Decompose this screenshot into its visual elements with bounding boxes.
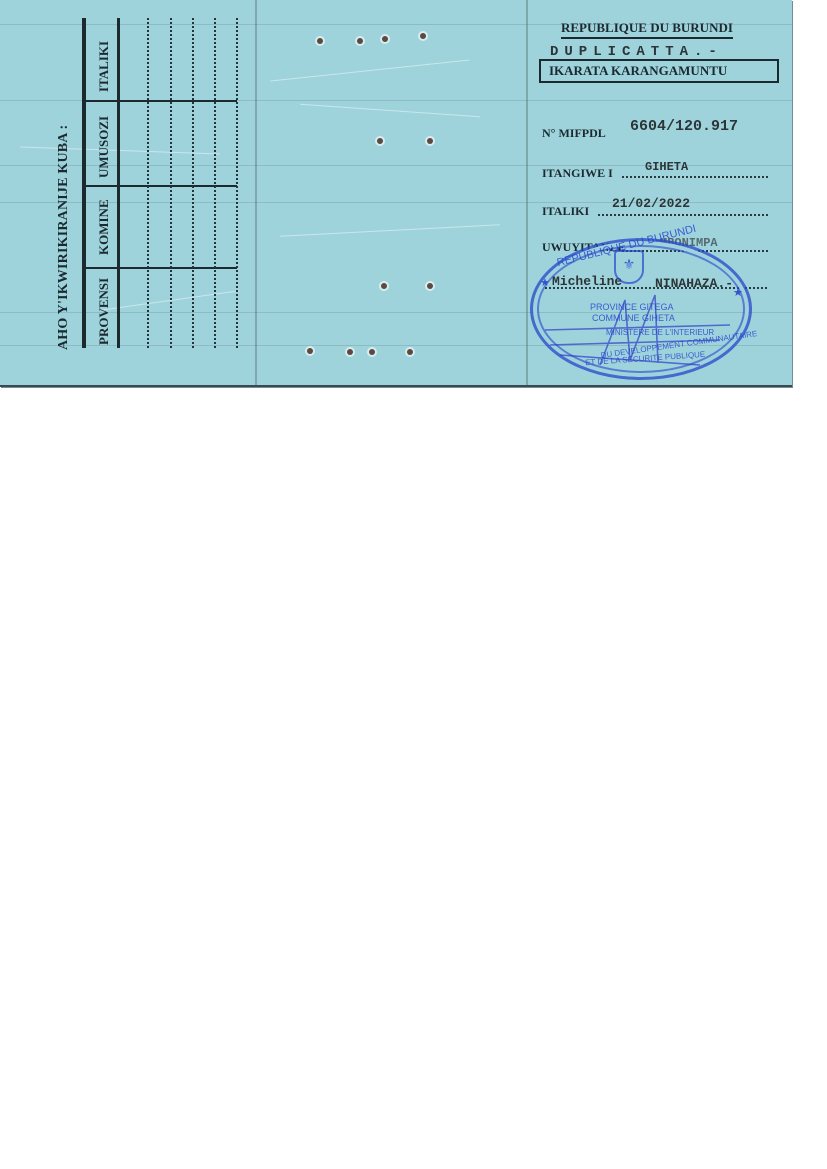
staple-hole — [407, 349, 413, 355]
table-entry-line — [214, 18, 216, 348]
staple-hole — [369, 349, 375, 355]
document-title: IKARATA KARANGAMUNTU — [539, 59, 779, 83]
dotted-line — [598, 214, 768, 216]
number-value: 6604/120.917 — [630, 118, 738, 135]
identity-card: AHO Y'IKWIRIKIRANIJE KUBA : PROVENSI KOM… — [0, 0, 792, 387]
table-entry-line — [236, 18, 238, 348]
coat-of-arms-icon: ⚜ — [614, 250, 644, 284]
staple-hole — [317, 38, 323, 44]
staple-hole — [427, 138, 433, 144]
issued-at-value: GIHETA — [645, 160, 688, 174]
number-label: N° MIFPDL — [542, 126, 606, 141]
staple-hole — [377, 138, 383, 144]
dotted-line — [622, 176, 768, 178]
column-header-italiki: ITALIKI — [96, 41, 112, 92]
fold-line — [526, 0, 528, 385]
staple-hole — [427, 283, 433, 289]
table-entry-line — [170, 18, 172, 348]
staple-hole — [381, 283, 387, 289]
table-rule — [82, 18, 86, 348]
staple-hole — [357, 38, 363, 44]
column-header-umusozi: UMUSOZI — [96, 116, 112, 178]
duplicate-mark: DUPLICATTA.- — [550, 44, 723, 60]
column-header-provensi: PROVENSI — [96, 278, 112, 345]
history-title: AHO Y'IKWIRIKIRANIJE KUBA : — [56, 125, 72, 350]
middle-panel — [257, 0, 525, 385]
date-value: 21/02/2022 — [612, 196, 690, 211]
left-panel: AHO Y'IKWIRIKIRANIJE KUBA : PROVENSI KOM… — [0, 0, 255, 385]
table-rule — [117, 18, 120, 348]
staple-hole — [420, 33, 426, 39]
issued-at-label: ITANGIWE I — [542, 166, 613, 181]
staple-hole — [347, 349, 353, 355]
table-entry-line — [192, 18, 194, 348]
table-entry-line — [147, 18, 149, 348]
column-header-komine: KOMINE — [96, 199, 112, 255]
country-heading: REPUBLIQUE DU BURUNDI — [561, 20, 733, 39]
staple-hole — [307, 348, 313, 354]
staple-hole — [382, 36, 388, 42]
date-label: ITALIKI — [542, 204, 589, 219]
signature — [540, 285, 740, 375]
